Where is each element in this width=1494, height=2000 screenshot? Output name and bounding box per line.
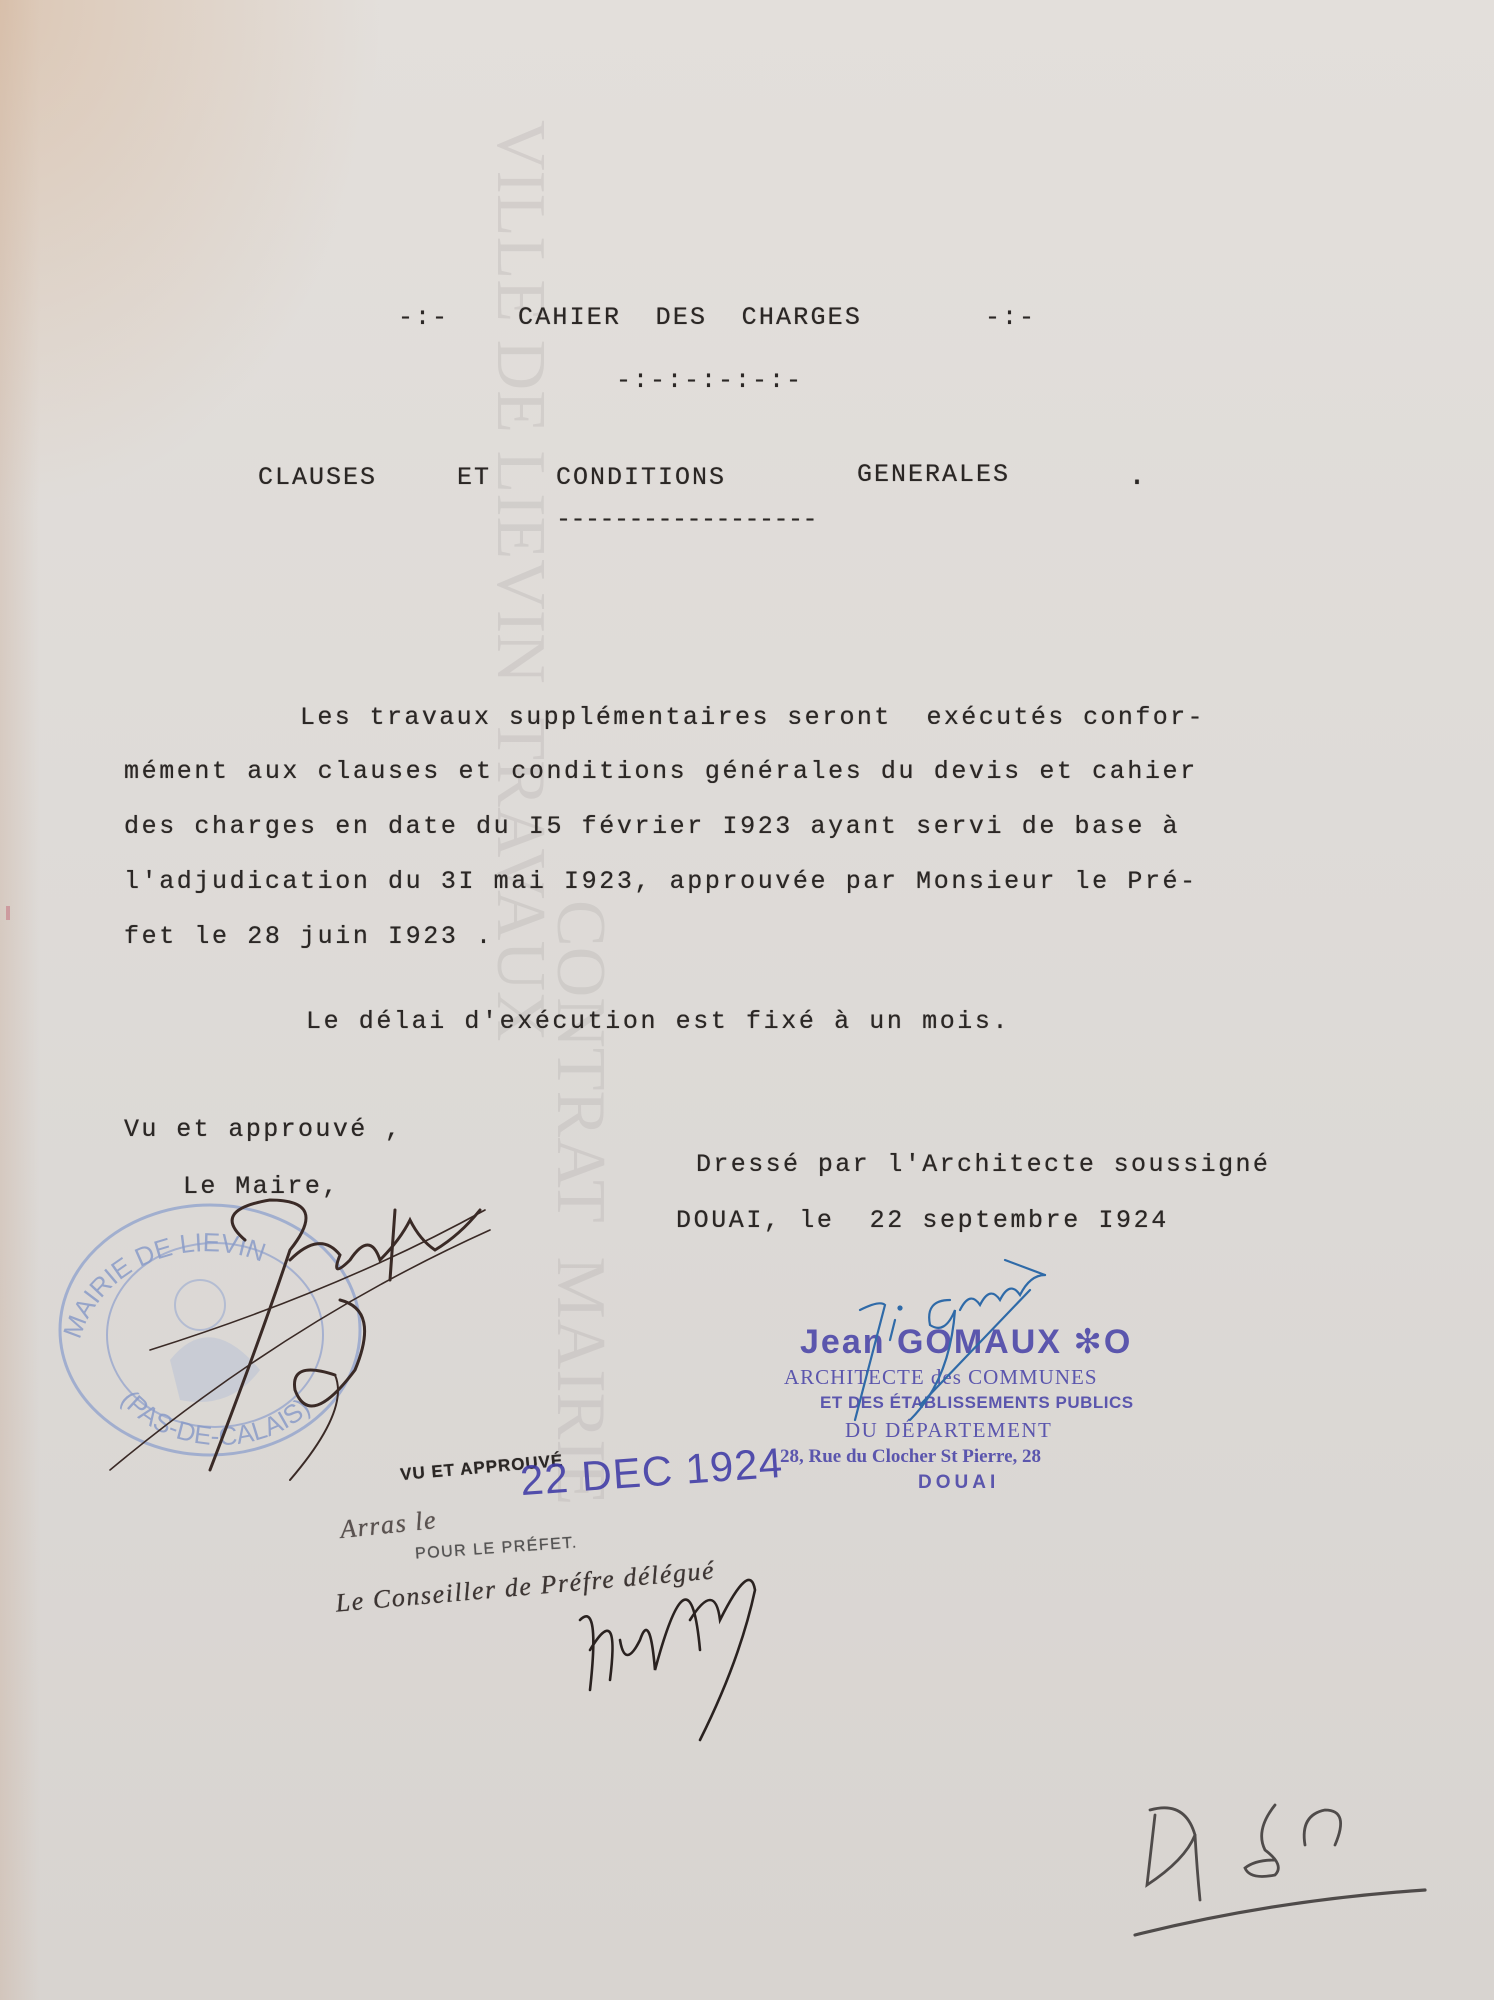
margin-mark xyxy=(6,906,10,920)
title-separator: -:-:-:-:-:- xyxy=(616,366,803,395)
body-paragraph-2: Le délai d'exécution est fixé à un mois. xyxy=(306,1007,1010,1036)
prefecture-place: Arras le xyxy=(339,1505,439,1545)
architect-stamp-address: 28, Rue du Clocher St Pierre, 28 xyxy=(780,1446,1041,1468)
page-title: CAHIER DES CHARGES xyxy=(518,303,862,332)
body-line-1: Les travaux supplémentaires seront exécu… xyxy=(300,703,1205,732)
prefecture-for-prefect: POUR LE PRÉFET. xyxy=(415,1534,579,1563)
title-right-ornament: -:- xyxy=(985,303,1036,332)
body-line-2: mément aux clauses et conditions général… xyxy=(124,757,1198,786)
mayor-signature xyxy=(90,1170,510,1510)
body-line-5: fet le 28 juin I923 . xyxy=(124,922,494,951)
architect-signature xyxy=(830,1230,1130,1430)
subtitle-et: ET xyxy=(457,463,491,492)
bleed-through-text: CONTRAT MAIRIE xyxy=(540,900,620,1505)
subtitle-underline: ------------------ xyxy=(556,505,817,534)
body-line-3: des charges en date du I5 février I923 a… xyxy=(124,812,1180,841)
subtitle-generales: GENERALES xyxy=(857,460,1010,489)
subtitle-dot: . xyxy=(1128,460,1148,494)
approval-text: Vu et approuvé , xyxy=(124,1115,402,1144)
page-mark-pencil xyxy=(1125,1790,1465,1930)
prefect-signature xyxy=(570,1560,890,1740)
subtitle-clauses: CLAUSES xyxy=(258,463,377,492)
title-left-ornament: -:- xyxy=(398,303,449,332)
architect-line: Dressé par l'Architecte soussigné xyxy=(696,1150,1270,1179)
body-line-4: l'adjudication du 3I mai I923, approuvée… xyxy=(124,867,1198,896)
architect-stamp-city: DOUAI xyxy=(918,1472,999,1494)
subtitle-conditions: CONDITIONS xyxy=(556,463,726,492)
